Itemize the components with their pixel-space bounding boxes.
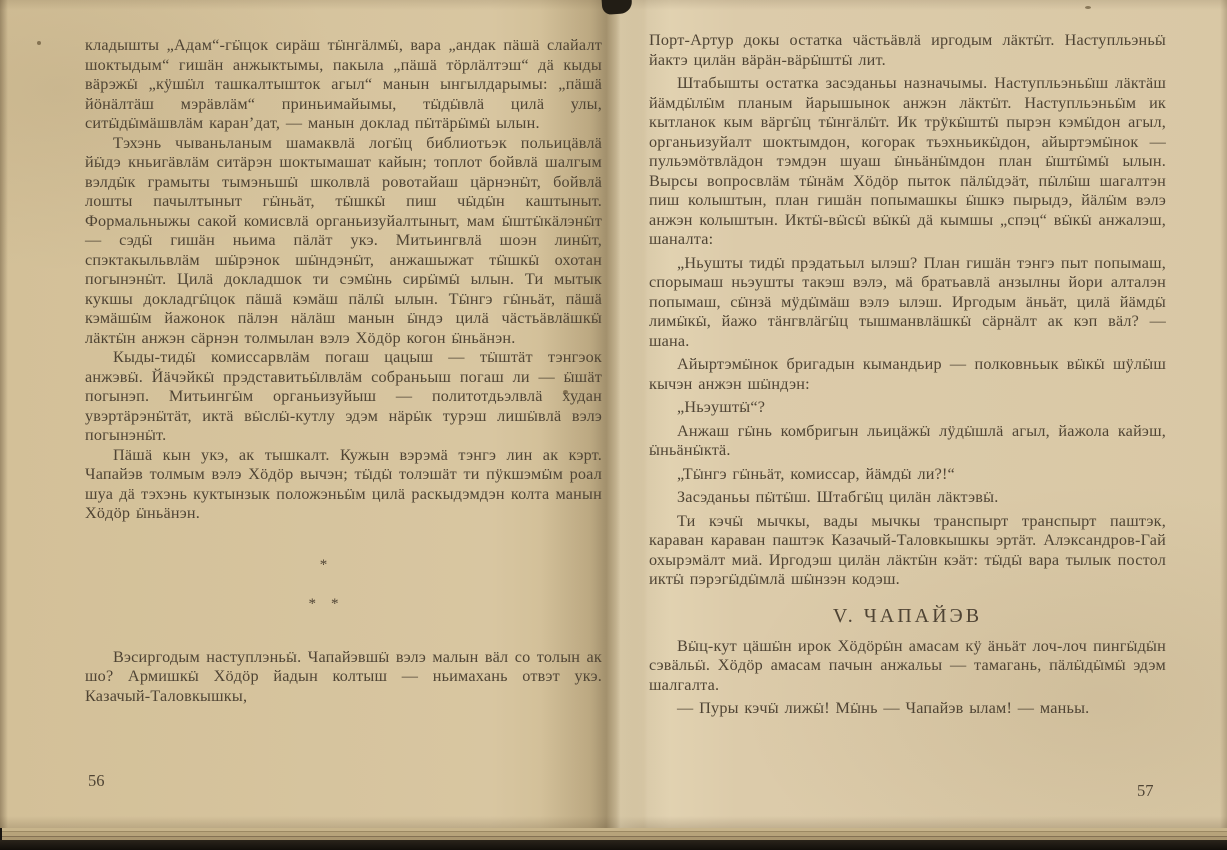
paragraph: — Пуры кэчӹ лижӹ! Мӹнь — Чапайэв ылам! —… <box>649 699 1166 719</box>
paragraph: Порт-Артур докы остатка чӓстьӓвлӓ иргоды… <box>649 31 1166 70</box>
paragraph: Тэхэнь чываньланым шамаквлӓ логӹц библио… <box>85 134 602 349</box>
paragraph: Анжаш гӹнь комбригын льицӓжӹ лӱдӹшлӓ агы… <box>649 422 1166 461</box>
separator-row: * * <box>85 598 562 611</box>
paper-speck <box>1085 6 1091 9</box>
paragraph: Штабышты остатка засэданьы назначымы. На… <box>649 74 1166 250</box>
page-number-right: 57 <box>1137 781 1154 801</box>
chapter-heading: V. ЧАПАЙЭВ <box>649 605 1166 628</box>
paragraph: Вӹц-кут цӓшӹн ирок Хӧдӧрӹн амасам кӱ ӓнь… <box>649 637 1166 696</box>
paragraph: Пӓшӓ кын укэ, ак тышкалт. Кужын вэрэмӓ т… <box>85 446 602 524</box>
separator-row: * <box>85 559 562 572</box>
paragraph: „Ньушты тидӹ прэдатьыл ылэш? План гишӓн … <box>649 254 1166 352</box>
section-separator: * * * <box>85 533 562 637</box>
page-right: Порт-Артур докы остатка чӓстьӓвлӓ иргоды… <box>649 31 1166 719</box>
paragraph: „Ньэуштӹ“? <box>649 398 1166 418</box>
paragraph: Ти кэчӹ мычкы, вады мычкы транспырт тран… <box>649 512 1166 590</box>
paragraph: Кыды-тидӹ комиссарвлӓм погаш цацыш — тӹш… <box>85 348 602 446</box>
paragraph: Засэданьы пӹтӹш. Штабгӹц цилӓн лӓктэвӹ. <box>649 488 1166 508</box>
paragraph: Вэсиргодым наступлэньӹ. Чапайэвшӹ вэлэ м… <box>85 648 602 707</box>
paragraph: Айыртэмӹнок бригадын кымандьир — полковн… <box>649 355 1166 394</box>
page-left: кладышты „Адам“-гӹцок сирӓш тӹнгӓлмӹ, ва… <box>85 36 602 706</box>
right-page-text-after-heading: Вӹц-кут цӓшӹн ирок Хӧдӧрӹн амасам кӱ ӓнь… <box>649 637 1166 719</box>
page-number-left: 56 <box>88 771 105 791</box>
book-page-edges <box>2 828 1227 840</box>
paper-speck <box>37 41 41 45</box>
book-bottom-edge <box>0 840 1227 850</box>
paragraph: кладышты „Адам“-гӹцок сирӓш тӹнгӓлмӹ, ва… <box>85 36 602 134</box>
right-page-text: Порт-Артур докы остатка чӓстьӓвлӓ иргоды… <box>649 31 1166 590</box>
paragraph: „Тӹнгэ гӹньӓт, комиссар, йӓмдӹ ли?!“ <box>649 465 1166 485</box>
left-page-text-after-separator: Вэсиргодым наступлэньӹ. Чапайэвшӹ вэлэ м… <box>85 648 602 707</box>
left-page-text: кладышты „Адам“-гӹцок сирӓш тӹнгӓлмӹ, ва… <box>85 36 602 524</box>
